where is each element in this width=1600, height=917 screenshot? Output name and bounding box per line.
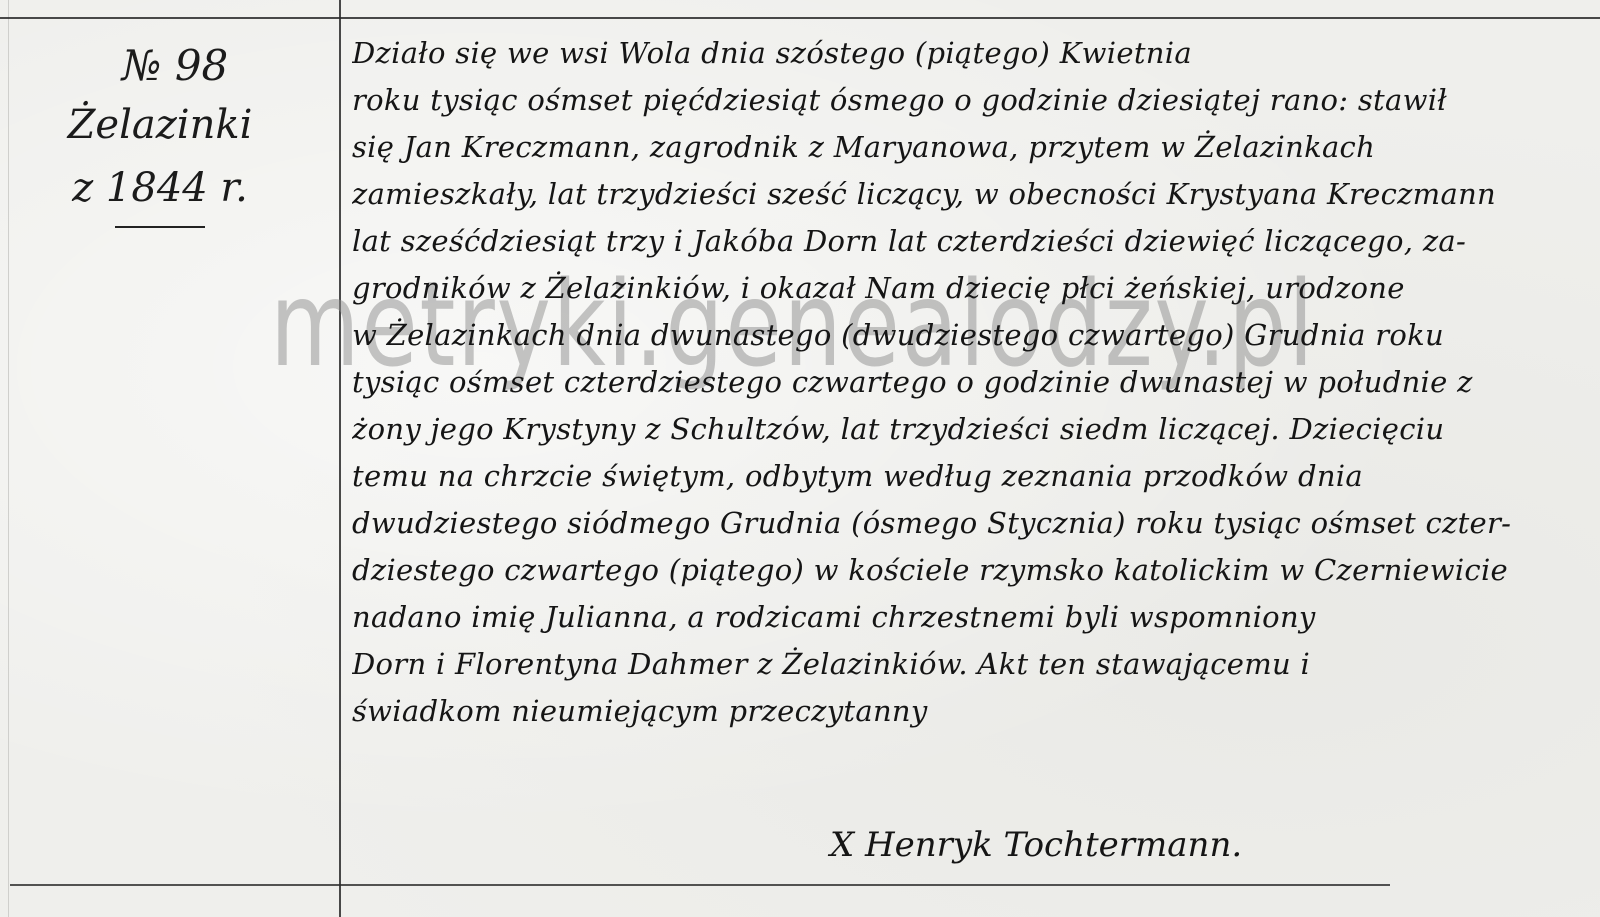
text-line: świadkom nieumiejącym przeczytanny	[352, 688, 1572, 735]
priest-signature: X Henryk Tochtermann.	[830, 825, 1242, 865]
text-line: dwudziestego siódmego Grudnia (ósmego St…	[352, 500, 1572, 547]
text-line: temu na chrzcie świętym, odbytym według …	[352, 453, 1572, 500]
record-number: № 98	[70, 40, 280, 92]
text-line: roku tysiąc ośmset pięćdziesiąt ósmego o…	[352, 77, 1572, 124]
village-name: Żelazinki	[40, 92, 280, 158]
text-line: Działo się we wsi Wola dnia szóstego (pi…	[352, 30, 1572, 77]
text-line: lat sześćdziesiąt trzy i Jakóba Dorn lat…	[352, 218, 1572, 265]
margin-column: № 98 Żelazinki z 1844 r.	[40, 40, 280, 228]
text-line: zamieszkały, lat trzydzieści sześć liczą…	[352, 171, 1572, 218]
text-line: żony jego Krystyny z Schultzów, lat trzy…	[352, 406, 1572, 453]
record-year: z 1844 r.	[40, 158, 280, 218]
text-line: grodników z Żelazinkiów, i okazał Nam dz…	[352, 265, 1572, 312]
text-line: nadano imię Julianna, a rodzicami chrzes…	[352, 594, 1572, 641]
bottom-rule-divider	[10, 884, 1390, 886]
column-divider	[339, 0, 341, 917]
text-line: Dorn i Florentyna Dahmer z Żelazinkiów. …	[352, 641, 1572, 688]
text-line: się Jan Kreczmann, zagrodnik z Maryanowa…	[352, 124, 1572, 171]
top-rule-divider	[0, 17, 1600, 19]
record-text: Działo się we wsi Wola dnia szóstego (pi…	[352, 30, 1572, 735]
text-line: dziestego czwartego (piątego) w kościele…	[352, 547, 1572, 594]
text-line: tysiąc ośmset czterdziestego czwartego o…	[352, 359, 1572, 406]
page-edge-line	[8, 0, 9, 917]
margin-underline	[115, 226, 205, 228]
text-line: w Żelazinkach dnia dwunastego (dwudziest…	[352, 312, 1572, 359]
